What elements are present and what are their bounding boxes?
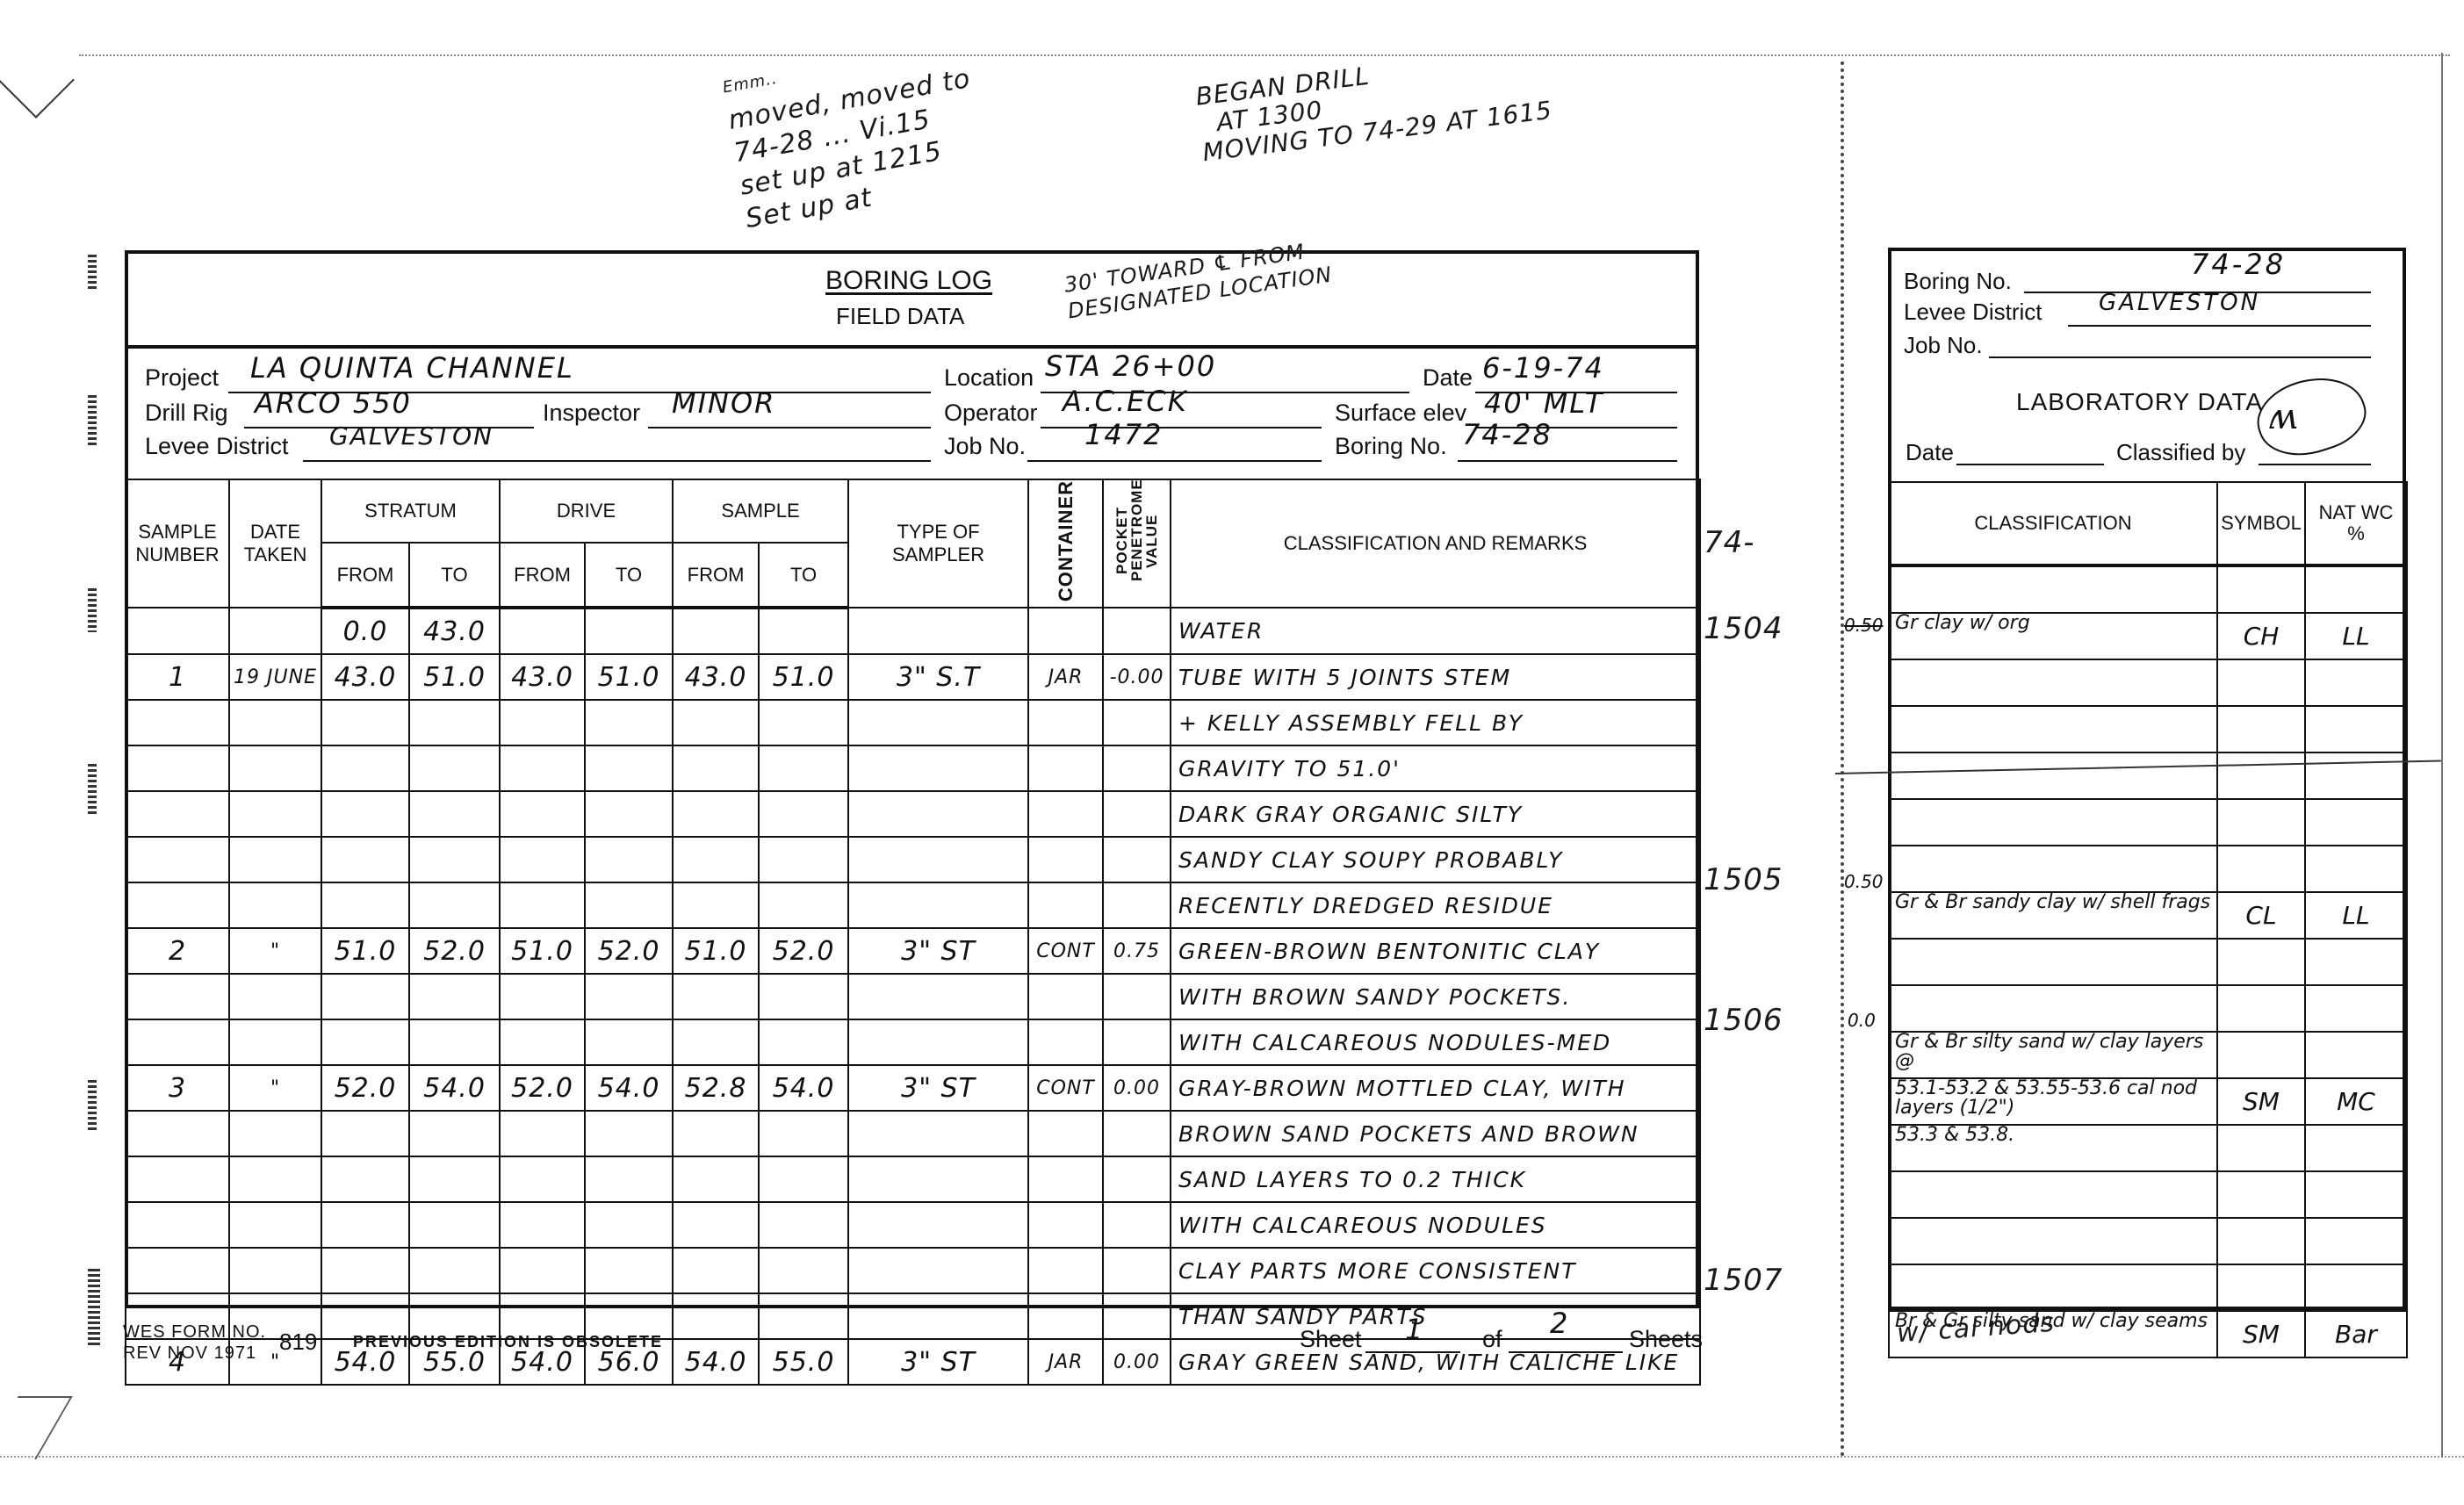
lab-row [1889,1218,2407,1264]
form-title-block [125,250,1699,349]
table-row: GRAVITY TO 51.0' [126,745,1700,791]
lab-classification-cell [1889,1218,2217,1264]
sample-number-cell [126,745,229,791]
pocket-penetrometer-cell [1103,1019,1171,1065]
table-row: 3"52.054.052.054.052.854.03" STCONT0.00G… [126,1065,1700,1111]
lab-classification-cell: Gr clay w/ org [1889,613,2217,659]
date-taken-cell [229,974,321,1019]
lab-classification-cell: 53.1-53.2 & 53.55-53.6 cal nod layers (1… [1889,1078,2217,1125]
drive-from-cell [500,791,585,837]
header-container-label: CONTAINER [1058,480,1073,601]
stratum-from-cell [321,1111,409,1156]
classification-remark-cell: SANDY CLAY SOUPY PROBABLY [1171,837,1700,882]
drive-to-cell [585,791,673,837]
location-value: STA 26+00 [1045,349,1216,383]
stratum-from-cell: 51.0 [321,928,409,974]
stratum-from-cell [321,745,409,791]
lab-classification-cell [1889,659,2217,706]
date-taken-cell [229,1019,321,1065]
drive-to-cell [585,974,673,1019]
lab-row [1889,752,2407,799]
margin-time: 1504 [1704,611,1783,646]
obsolete-note: PREVIOUS EDITION IS OBSOLETE [353,1333,663,1351]
sample-from-cell [673,700,759,745]
sample-from-cell: 51.0 [673,928,759,974]
header-drive-from: FROM [500,543,585,608]
pocket-penetrometer-cell: -0.00 [1103,654,1171,700]
sample-from-cell [673,1202,759,1248]
sample-from-cell [673,882,759,928]
stratum-to-cell [409,1248,500,1293]
table-row: 119 JUNE43.051.043.051.043.051.03" S.TJA… [126,654,1700,700]
table-row: + KELLY ASSEMBLY FELL BY [126,700,1700,745]
drive-from-cell [500,608,585,654]
drive-to-cell [585,882,673,928]
drive-from-cell [500,837,585,882]
drive-from-cell [500,1019,585,1065]
stratum-from-cell [321,1202,409,1248]
date-taken-cell [229,1248,321,1293]
sample-to-cell [759,1202,848,1248]
pocket-penetrometer-cell: 0.00 [1103,1339,1171,1385]
container-cell [1028,837,1103,882]
lab-nat-wc-cell [2305,985,2407,1032]
corner-fold-mark-bottom [0,1396,73,1459]
classification-remark-cell: GREEN-BROWN BENTONITIC CLAY [1171,928,1700,974]
form-number: 819 [279,1329,317,1356]
lab-header-symbol: SYMBOL [2217,482,2305,565]
header-date-taken: DATE TAKEN [229,479,321,608]
sampler-type-cell [848,700,1028,745]
table-row: WITH CALCAREOUS NODULES [126,1202,1700,1248]
lab-date-label: Date [1906,439,1954,466]
classification-remark-cell: WITH CALCAREOUS NODULES [1171,1202,1700,1248]
lab-nat-wc-cell [2305,846,2407,892]
stratum-to-cell [409,1156,500,1202]
pocket-penetrometer-cell [1103,1111,1171,1156]
lab-classification-cell [1889,1171,2217,1218]
sample-number-cell [126,1111,229,1156]
boring-log-rows: 0.043.0WATER119 JUNE43.051.043.051.043.0… [126,608,1700,1385]
drive-from-cell [500,1202,585,1248]
lab-job-no-field[interactable] [1989,327,2371,358]
header-sample-from: FROM [673,543,759,608]
stratum-from-cell: 0.0 [321,608,409,654]
lab-symbol-cell [2217,659,2305,706]
classification-remark-cell: GRAVITY TO 51.0' [1171,745,1700,791]
classified-by-label: Classified by [2116,439,2245,466]
lab-nat-wc-cell [2305,752,2407,799]
sample-from-cell [673,1293,759,1339]
sample-number-cell [126,837,229,882]
table-row: BROWN SAND POCKETS AND BROWN [126,1111,1700,1156]
sample-number-cell [126,700,229,745]
lab-nat-wc-cell [2305,799,2407,846]
lab-row [1889,939,2407,985]
sample-number-cell [126,1248,229,1293]
job-no-label: Job No. [944,433,1026,460]
stratum-from-cell [321,974,409,1019]
lab-date-field[interactable] [1956,434,2104,465]
boring-no-value: 74-28 [1462,418,1553,451]
stratum-to-cell [409,745,500,791]
boring-log-table: SAMPLE NUMBER DATE TAKEN STRATUM DRIVE S… [125,479,1701,1386]
pocket-penetrometer-cell: 0.00 [1103,1065,1171,1111]
lab-levee-district-label: Levee District [1904,299,2043,326]
lab-row [1889,846,2407,892]
margin-time: 1507 [1704,1263,1783,1298]
sample-to-cell [759,1156,848,1202]
sample-number-cell [126,882,229,928]
date-taken-cell [229,608,321,654]
stratum-to-cell [409,700,500,745]
sample-to-cell [759,1293,848,1339]
sampler-type-cell: 3" S.T [848,654,1028,700]
classification-remark-cell: SAND LAYERS TO 0.2 THICK [1171,1156,1700,1202]
lab-nat-wc-cell: LL [2305,892,2407,939]
classification-remark-cell: WATER [1171,608,1700,654]
table-row: SANDY CLAY SOUPY PROBABLY [126,837,1700,882]
sampler-type-cell: 3" ST [848,928,1028,974]
lab-row [1889,565,2407,613]
header-pocket-penetrometer-label: POCKET PENETROMETER VALUE [1114,500,1159,581]
sample-to-cell [759,837,848,882]
form-number-block: WES FORM NO. REV NOV 1971 [123,1321,266,1364]
stratum-from-cell: 52.0 [321,1065,409,1111]
form-no-label: WES FORM NO. [123,1321,266,1343]
classification-remark-cell: + KELLY ASSEMBLY FELL BY [1171,700,1700,745]
lab-nat-wc-cell: Bar [2305,1311,2407,1357]
stratum-to-cell: 43.0 [409,608,500,654]
sample-from-cell [673,837,759,882]
sample-to-cell [759,974,848,1019]
drive-from-cell [500,745,585,791]
pocket-penetrometer-cell [1103,1293,1171,1339]
lab-symbol-cell [2217,1218,2305,1264]
lab-classification-cell [1889,939,2217,985]
lab-heading: LABORATORY DATA [2016,388,2263,416]
header-stratum-to: TO [409,543,500,608]
lab-symbol-cell [2217,1125,2305,1171]
sample-number-cell [126,608,229,654]
lab-symbol-cell [2217,706,2305,752]
sample-number-cell: 2 [126,928,229,974]
lab-classification-cell [1889,1264,2217,1311]
classification-remark-cell: GRAY-BROWN MOTTLED CLAY, WITH [1171,1065,1700,1111]
margin-time: 1505 [1704,862,1783,897]
pocket-penetrometer-cell [1103,700,1171,745]
drive-to-cell [585,745,673,791]
levee-district-value: GALVESTON [329,421,494,450]
classification-remark-cell: TUBE WITH 5 JOINTS STEM [1171,654,1700,700]
lab-symbol-cell [2217,752,2305,799]
classification-remark-cell: RECENTLY DREDGED RESIDUE [1171,882,1700,928]
sample-to-cell [759,1248,848,1293]
sampler-type-cell [848,1019,1028,1065]
sample-number-cell [126,1156,229,1202]
table-row: WITH BROWN SANDY POCKETS. [126,974,1700,1019]
stratum-to-cell: 52.0 [409,928,500,974]
stratum-to-cell [409,1111,500,1156]
drive-from-cell [500,1156,585,1202]
lab-row: Gr & Br silty sand w/ clay layers @ [1889,1032,2407,1078]
stratum-to-cell [409,837,500,882]
sampler-type-cell [848,791,1028,837]
lab-nat-wc-cell [2305,1218,2407,1264]
header-classification: CLASSIFICATION AND REMARKS [1171,479,1700,608]
date-taken-cell: " [229,1065,321,1111]
drive-to-cell [585,1111,673,1156]
lab-classification-cell [1889,985,2217,1032]
sample-from-cell [673,745,759,791]
lab-nat-wc-cell [2305,1032,2407,1078]
sample-from-cell [673,974,759,1019]
stratum-to-cell [409,882,500,928]
date-taken-cell [229,700,321,745]
page-right-edge [2441,53,2443,1458]
sample-number-cell [126,1202,229,1248]
drive-from-cell [500,700,585,745]
sample-from-cell [673,791,759,837]
table-row: 0.043.0WATER [126,608,1700,654]
date-taken-cell [229,882,321,928]
container-cell: CONT [1028,1065,1103,1111]
page-top-edge [79,54,2450,56]
lab-levee-district-value: GALVESTON [2099,290,2260,316]
binder-hole-mark [88,1080,97,1133]
lab-symbol-cell: CL [2217,892,2305,939]
lab-classification-cell [1889,706,2217,752]
binder-hole-mark [88,255,97,290]
classification-remark-cell: DARK GRAY ORGANIC SILTY [1171,791,1700,837]
classification-remark-cell: BROWN SAND POCKETS AND BROWN [1171,1111,1700,1156]
surface-elev-value: 40' MLT [1484,386,1604,420]
drill-rig-value: ARCO 550 [255,386,412,420]
boring-no-label: Boring No. [1335,433,1447,460]
drive-to-cell: 51.0 [585,654,673,700]
table-row: CLAY PARTS MORE CONSISTENT [126,1248,1700,1293]
lab-classification-cell: Gr & Br sandy clay w/ shell frags [1889,892,2217,939]
lab-classification-table: CLASSIFICATION SYMBOL NAT WC % Gr clay w… [1888,481,2408,1358]
lab-row: Gr & Br sandy clay w/ shell fragsCLLL [1889,892,2407,939]
sample-from-cell [673,1111,759,1156]
lab-symbol-cell [2217,565,2305,613]
date-taken-cell [229,1156,321,1202]
container-cell: JAR [1028,1339,1103,1385]
header-stratum: STRATUM [321,479,500,543]
lab-row [1889,1171,2407,1218]
header-drive-to: TO [585,543,673,608]
pocket-penetrometer-cell [1103,974,1171,1019]
sampler-type-cell: 3" ST [848,1065,1028,1111]
drive-to-cell [585,700,673,745]
lab-symbol-cell [2217,939,2305,985]
stratum-from-cell [321,700,409,745]
lab-symbol-cell [2217,1264,2305,1311]
header-sample-to: TO [759,543,848,608]
header-pocket-penetrometer: POCKET PENETROMETER VALUE [1103,479,1171,608]
header-sample-number: SAMPLE NUMBER [126,479,229,608]
lab-row: 53.1-53.2 & 53.55-53.6 cal nod layers (1… [1889,1078,2407,1125]
lab-depth-prefix: 0.50 [1844,871,1884,892]
classifier-signature-icon: ʍ [2267,397,2297,437]
corner-fold-mark [0,41,75,119]
drive-to-cell [585,608,673,654]
sample-to-cell [759,608,848,654]
sample-number-cell [126,1019,229,1065]
pocket-penetrometer-cell: 0.75 [1103,928,1171,974]
drive-to-cell: 54.0 [585,1065,673,1111]
top-note-left: Emm.. moved, moved to 74-28 ... Vi.15 se… [720,29,991,236]
page-bottom-edge [0,1456,2464,1458]
lab-classification-cell [1889,846,2217,892]
sample-from-cell: 54.0 [673,1339,759,1385]
stratum-from-cell [321,837,409,882]
lab-nat-wc-cell [2305,706,2407,752]
top-note-right: BEGAN DRILL AT 1300 MOVING TO 74-29 AT 1… [1194,40,1554,167]
pocket-penetrometer-cell [1103,791,1171,837]
job-no-field[interactable] [1027,430,1322,462]
sheets-total-value: 2 [1550,1307,1569,1340]
pocket-penetrometer-cell [1103,745,1171,791]
lab-symbol-cell: SM [2217,1078,2305,1125]
lab-row [1889,706,2407,752]
lab-classification-cell: 53.3 & 53.8. [1889,1125,2217,1171]
stratum-to-cell: 51.0 [409,654,500,700]
pocket-penetrometer-cell [1103,882,1171,928]
lab-boring-no-label: Boring No. [1904,268,2012,295]
sample-from-cell [673,1019,759,1065]
lab-row [1889,985,2407,1032]
table-row: WITH CALCAREOUS NODULES-MED [126,1019,1700,1065]
lab-nat-wc-cell [2305,1125,2407,1171]
sampler-type-cell [848,974,1028,1019]
container-cell [1028,1156,1103,1202]
stratum-from-cell [321,1248,409,1293]
container-cell: JAR [1028,654,1103,700]
table-row: RECENTLY DREDGED RESIDUE [126,882,1700,928]
date-taken-cell [229,1111,321,1156]
date-taken-cell [229,837,321,882]
lab-row [1889,799,2407,846]
binder-hole-mark [88,1269,100,1348]
sample-number-cell [126,974,229,1019]
date-taken-cell: " [229,928,321,974]
lab-nat-wc-cell [2305,659,2407,706]
container-cell [1028,1019,1103,1065]
lab-rows: Gr clay w/ orgCHLLGr & Br sandy clay w/ … [1889,565,2407,1357]
form-subtitle: FIELD DATA [836,303,964,330]
operator-label: Operator [944,400,1038,427]
sample-from-cell: 52.8 [673,1065,759,1111]
pocket-penetrometer-cell [1103,1248,1171,1293]
drive-to-cell: 52.0 [585,928,673,974]
sample-to-cell [759,745,848,791]
classification-remark-cell: WITH BROWN SANDY POCKETS. [1171,974,1700,1019]
container-cell [1028,608,1103,654]
project-label: Project [145,364,219,392]
container-cell: CONT [1028,928,1103,974]
container-cell [1028,791,1103,837]
lab-nat-wc-cell: LL [2305,613,2407,659]
lab-row: 53.3 & 53.8. [1889,1125,2407,1171]
sample-from-cell [673,1156,759,1202]
of-label: of [1482,1326,1502,1353]
drive-to-cell [585,1019,673,1065]
form-revision: REV NOV 1971 [123,1343,266,1364]
classification-remark-cell: CLAY PARTS MORE CONSISTENT [1171,1248,1700,1293]
sampler-type-cell [848,1111,1028,1156]
stratum-from-cell [321,1156,409,1202]
pocket-penetrometer-cell [1103,1202,1171,1248]
sample-number-cell [126,791,229,837]
lab-symbol-cell: SM [2217,1311,2305,1357]
lab-symbol-cell: CH [2217,613,2305,659]
container-cell [1028,974,1103,1019]
date-value: 6-19-74 [1482,351,1604,385]
drive-from-cell [500,1248,585,1293]
perforation-line [1841,61,1844,1458]
lab-classification-cell [1889,565,2217,613]
header-sample: SAMPLE [673,479,848,543]
container-cell [1028,1293,1103,1339]
binder-hole-mark [88,395,97,448]
sampler-type-cell [848,1248,1028,1293]
container-cell [1028,882,1103,928]
binder-hole-mark [88,764,97,817]
form-title: BORING LOG [825,266,992,296]
drive-from-cell [500,974,585,1019]
sampler-type-cell: 3" ST [848,1339,1028,1385]
sample-to-cell [759,1111,848,1156]
drive-to-cell [585,1202,673,1248]
lab-boring-no-value: 74-28 [2191,248,2286,281]
sample-number-cell: 1 [126,654,229,700]
lab-row [1889,1264,2407,1311]
job-no-value: 1472 [1084,418,1163,451]
lab-symbol-cell [2217,799,2305,846]
lab-classification-cell [1889,752,2217,799]
lab-header-nat-wc: NAT WC % [2305,482,2407,565]
sheet-label: Sheet [1300,1326,1362,1353]
lab-nat-wc-cell [2305,939,2407,985]
drive-from-cell: 43.0 [500,654,585,700]
date-taken-cell [229,791,321,837]
lab-row [1889,659,2407,706]
container-cell [1028,1248,1103,1293]
table-row: SAND LAYERS TO 0.2 THICK [126,1156,1700,1202]
inspector-label: Inspector [543,400,640,427]
lab-classification-cell: Gr & Br silty sand w/ clay layers @ [1889,1032,2217,1078]
pocket-penetrometer-cell [1103,608,1171,654]
sample-from-cell: 43.0 [673,654,759,700]
sample-to-cell [759,882,848,928]
sample-number-cell: 3 [126,1065,229,1111]
date-taken-cell: 19 JUNE [229,654,321,700]
surface-elev-label: Surface elev [1335,400,1466,427]
container-cell [1028,745,1103,791]
lab-symbol-cell [2217,1032,2305,1078]
lab-symbol-cell [2217,846,2305,892]
container-cell [1028,700,1103,745]
header-container: CONTAINER [1028,479,1103,608]
lab-nat-wc-cell [2305,1264,2407,1311]
sample-to-cell [759,700,848,745]
binder-hole-mark [88,588,97,632]
stratum-from-cell [321,1019,409,1065]
margin-boring-prefix: 74- [1704,525,1755,560]
lab-symbol-cell [2217,1171,2305,1218]
